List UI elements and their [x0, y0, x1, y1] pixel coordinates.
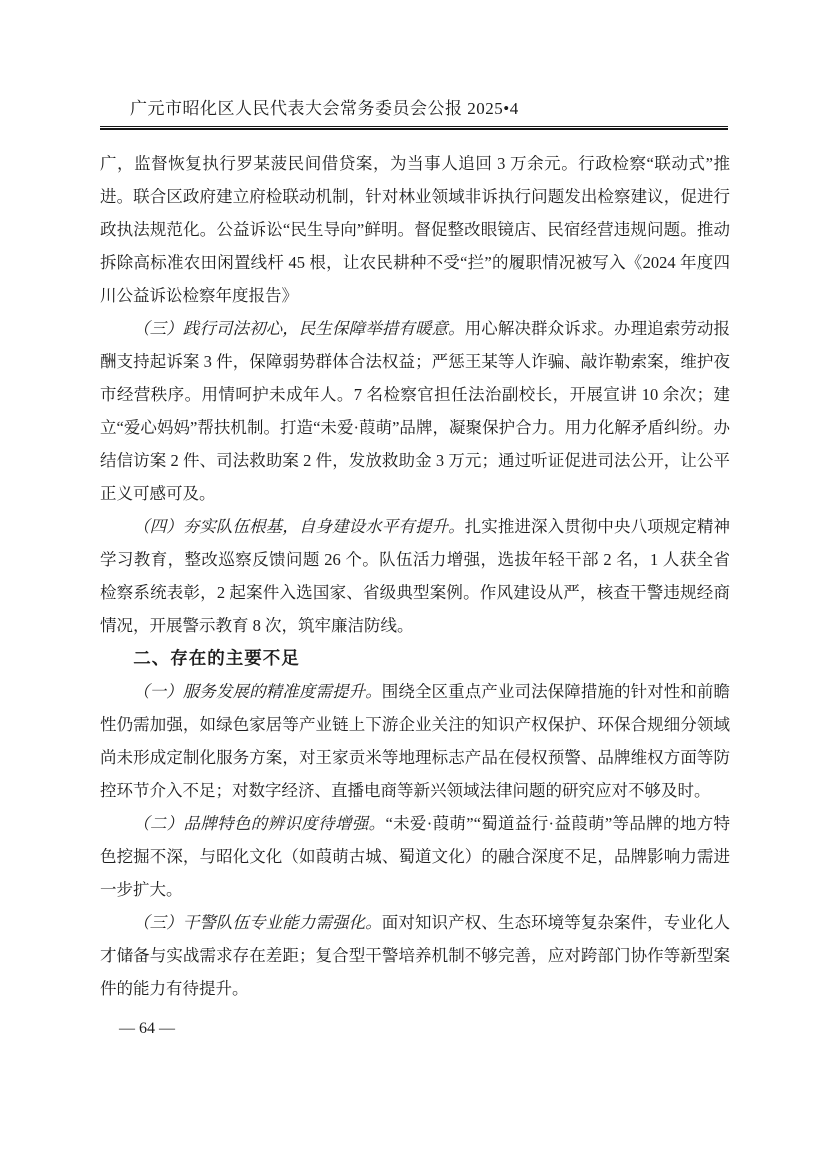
paragraph-shortcoming-2-lead: （二）品牌特色的辨识度待增强。 [133, 814, 385, 833]
page-header: 广元市昭化区人民代表大会常务委员会公报 2025•4 [0, 97, 827, 130]
page-number: — 64 — [119, 1020, 175, 1037]
paragraph-item-3-text: 用心解决群众诉求。办理追索劳动报酬支持起诉案 3 件，保障弱势群体合法权益；严惩… [100, 319, 730, 503]
header-divider [100, 126, 728, 130]
paragraph-continuation: 广，监督恢复执行罗某菠民间借贷案，为当事人追回 3 万余元。行政检察“联动式”推… [100, 147, 730, 312]
paragraph-shortcoming-3-lead: （三）干警队伍专业能力需强化。 [133, 913, 382, 932]
paragraph-shortcoming-1-lead: （一）服务发展的精准度需提升。 [133, 682, 382, 701]
section-heading-shortcomings: 二、存在的主要不足 [100, 642, 730, 675]
paragraph-shortcoming-3: （三）干警队伍专业能力需强化。面对知识产权、生态环境等复杂案件，专业化人才储备与… [100, 906, 730, 1005]
paragraph-item-4: （四）夯实队伍根基，自身建设水平有提升。扎实推进深入贯彻中央八项规定精神学习教育… [100, 510, 730, 642]
paragraph-item-4-lead: （四）夯实队伍根基，自身建设水平有提升。 [133, 517, 465, 536]
paragraph-item-3-lead: （三）践行司法初心，民生保障举措有暖意。 [133, 319, 465, 338]
paragraph-shortcoming-2: （二）品牌特色的辨识度待增强。“未爱·葭萌”“蜀道益行·益葭萌”等品牌的地方特色… [100, 807, 730, 906]
document-page: 广元市昭化区人民代表大会常务委员会公报 2025•4 广，监督恢复执行罗某菠民间… [0, 0, 827, 1170]
page-footer: — 64 — [119, 1019, 827, 1039]
paragraph-shortcoming-1: （一）服务发展的精准度需提升。围绕全区重点产业司法保障措施的针对性和前瞻性仍需加… [100, 675, 730, 807]
paragraph-item-3: （三）践行司法初心，民生保障举措有暖意。用心解决群众诉求。办理追索劳动报酬支持起… [100, 312, 730, 510]
bulletin-title: 广元市昭化区人民代表大会常务委员会公报 2025•4 [130, 97, 827, 121]
document-body: 广，监督恢复执行罗某菠民间借贷案，为当事人追回 3 万余元。行政检察“联动式”推… [100, 147, 730, 1005]
